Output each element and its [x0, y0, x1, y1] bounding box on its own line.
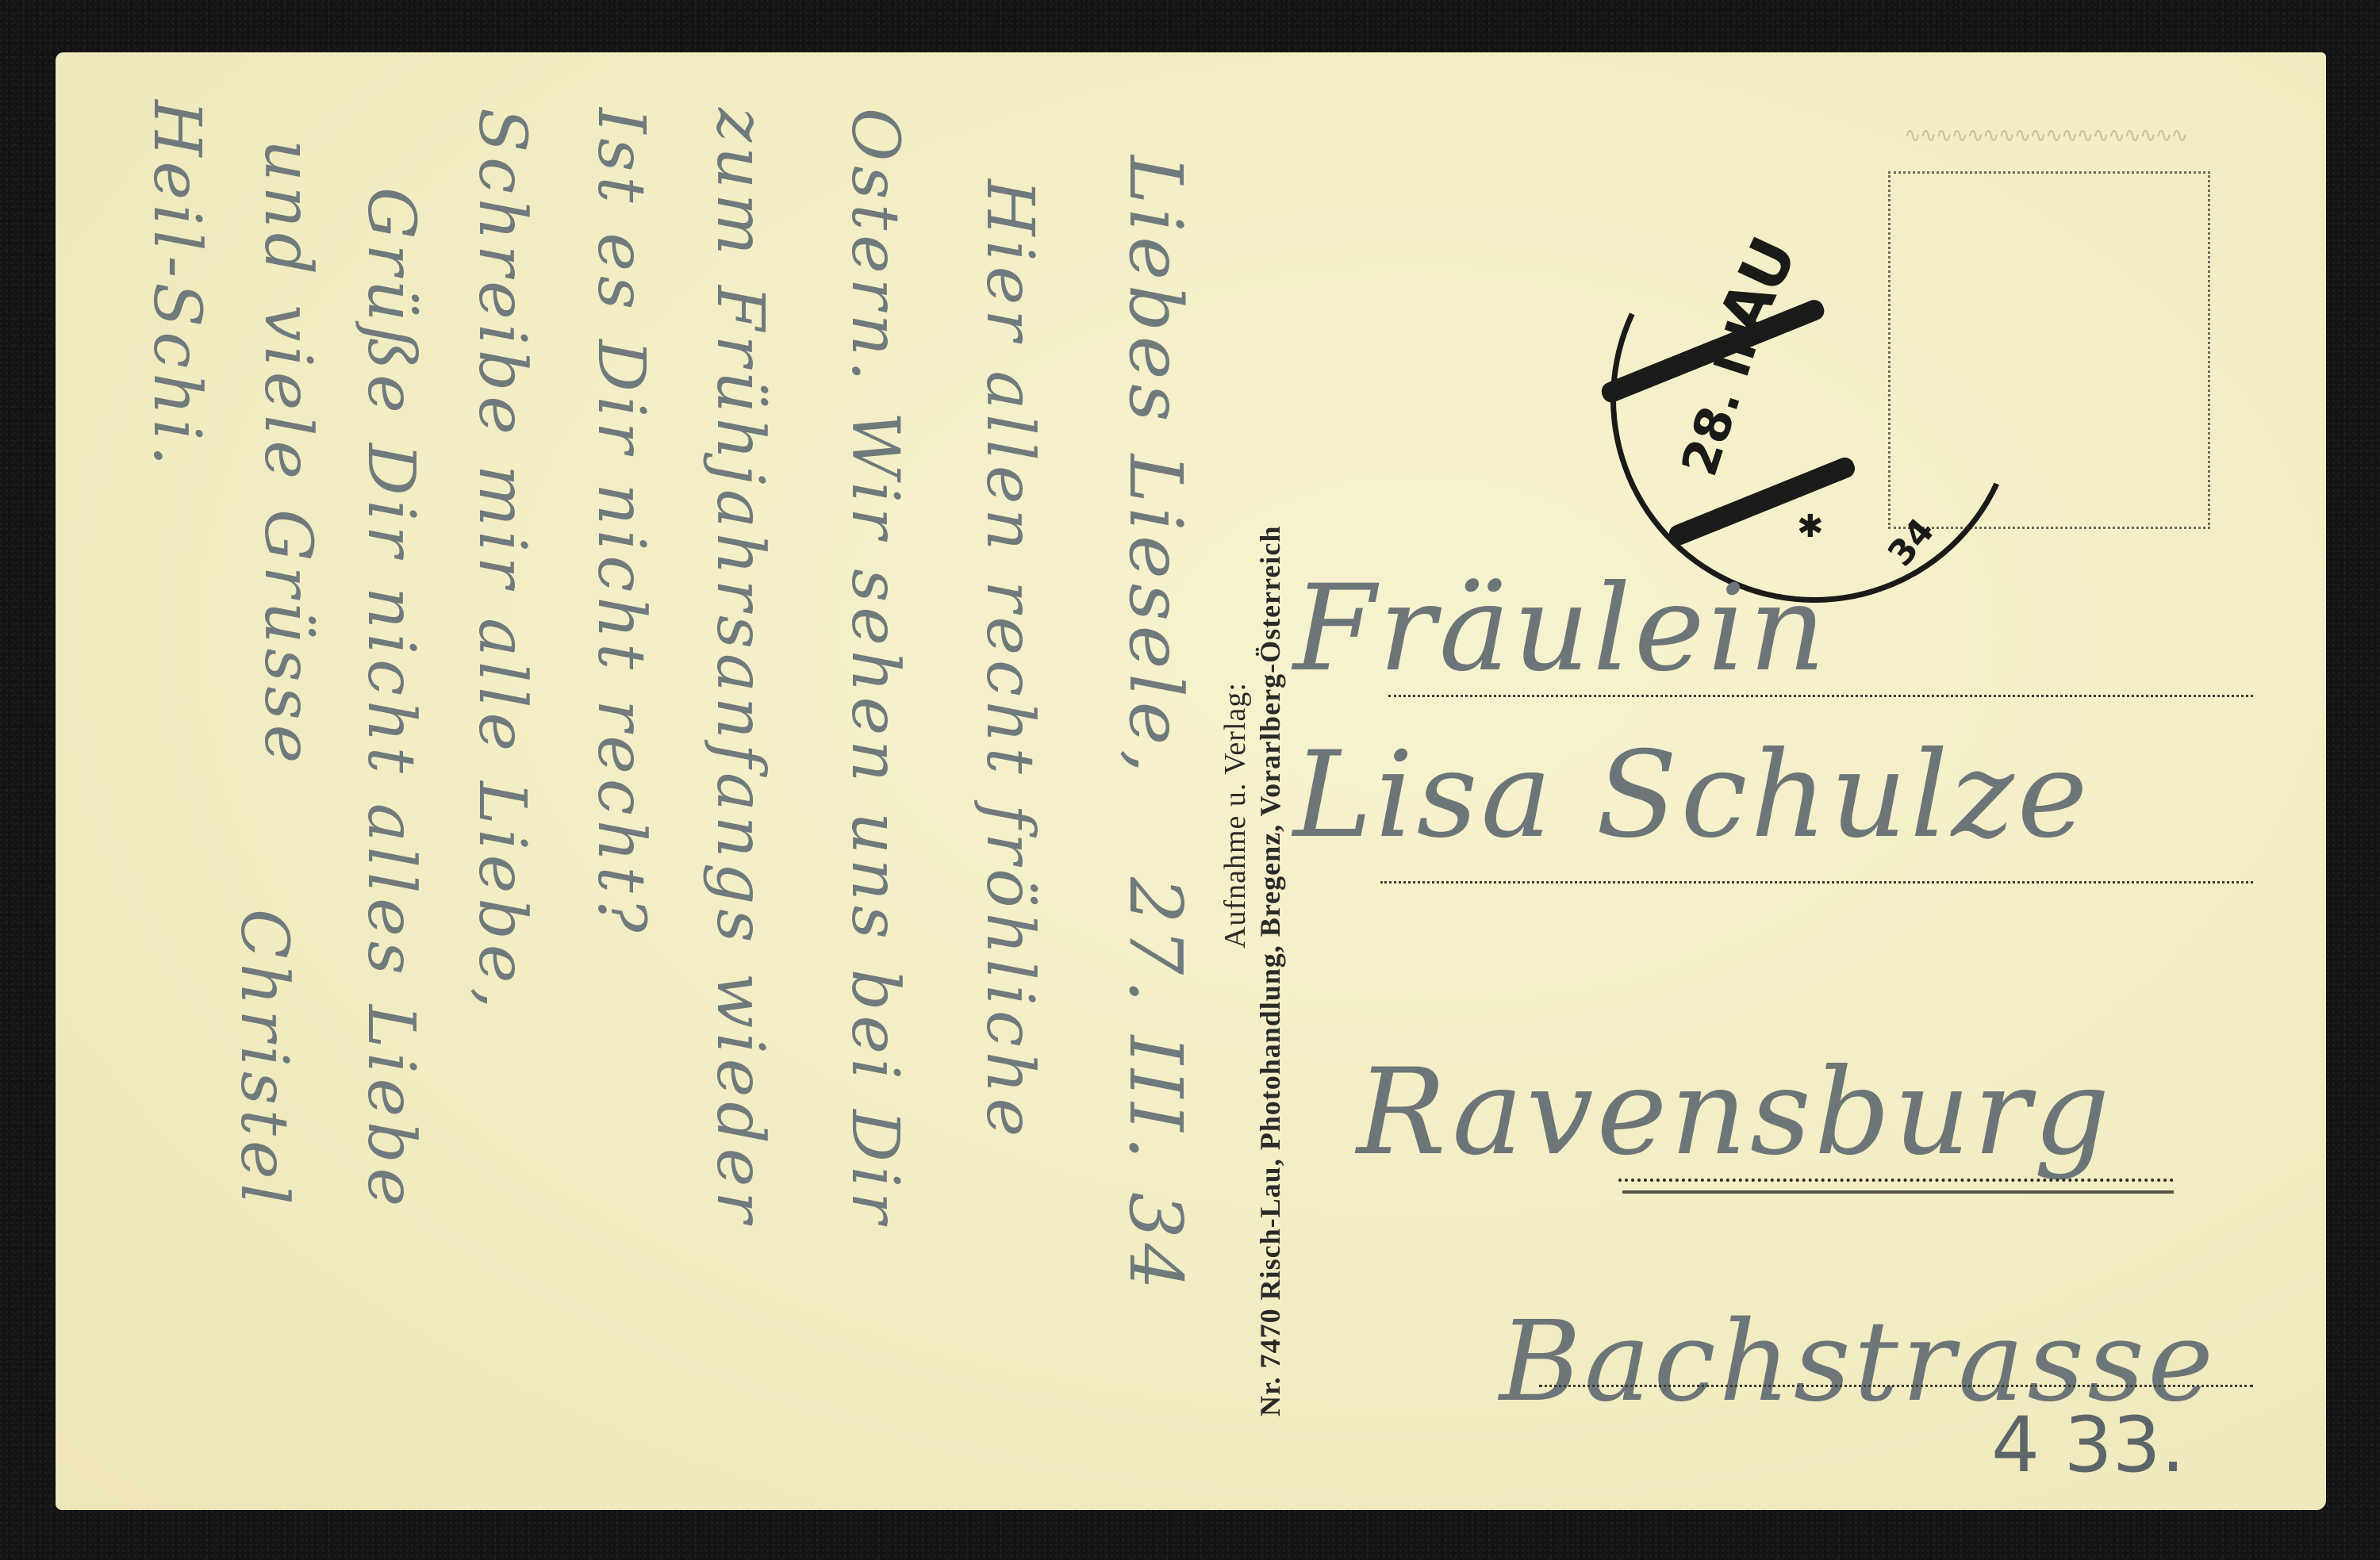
postmark-star-icon: ✱ [1797, 508, 1824, 545]
address-line-4 [1539, 1385, 2253, 1387]
message-signature: Christel [226, 909, 301, 1209]
message-line: und viele Grüsse [250, 140, 325, 768]
message-line: zum Frühjahrsanfangs wieder [702, 108, 777, 1228]
publisher-line-2: Nr. 7470 Risch-Lau, Photohandlung, Brege… [1253, 526, 1287, 1416]
message-greeting: Liebes Liesele, [1113, 155, 1198, 778]
publisher-line-1: Aufnahme u. Verlag: [1218, 682, 1253, 949]
message-line: Hier allen recht fröhliche [972, 179, 1047, 1141]
city-underline [1622, 1190, 2174, 1194]
message-date: 27. III. 34 [1113, 877, 1198, 1294]
address-city: Ravensburg [1357, 1044, 2113, 1182]
address-line-2 [1380, 881, 2253, 883]
message-line: Ostern. Wir sehen uns bei Dir [837, 108, 912, 1228]
address-salutation: Fräulein [1293, 560, 1829, 698]
message-line: Schreibe mir alle Liebe, [464, 108, 539, 1013]
address-line-1 [1388, 695, 2253, 697]
message-postscript: Heil-Schi. [139, 100, 214, 470]
address-line-3 [1618, 1179, 2174, 1182]
stamp-wave-cancel: ∿∿∿∿∿∿∿∿∿∿∿∿∿∿∿∿∿∿ [1904, 124, 2186, 148]
message-line: Ist es Dir nicht recht? [583, 108, 658, 937]
address-name: Lisa Schulze [1293, 726, 2090, 864]
address-house-number: 4 33. [1991, 1401, 2185, 1489]
postcard: Liebes Liesele, 27. III. 34 Hier allen r… [56, 52, 2326, 1510]
message-line: Grüße Dir nicht alles Liebe [353, 187, 428, 1211]
